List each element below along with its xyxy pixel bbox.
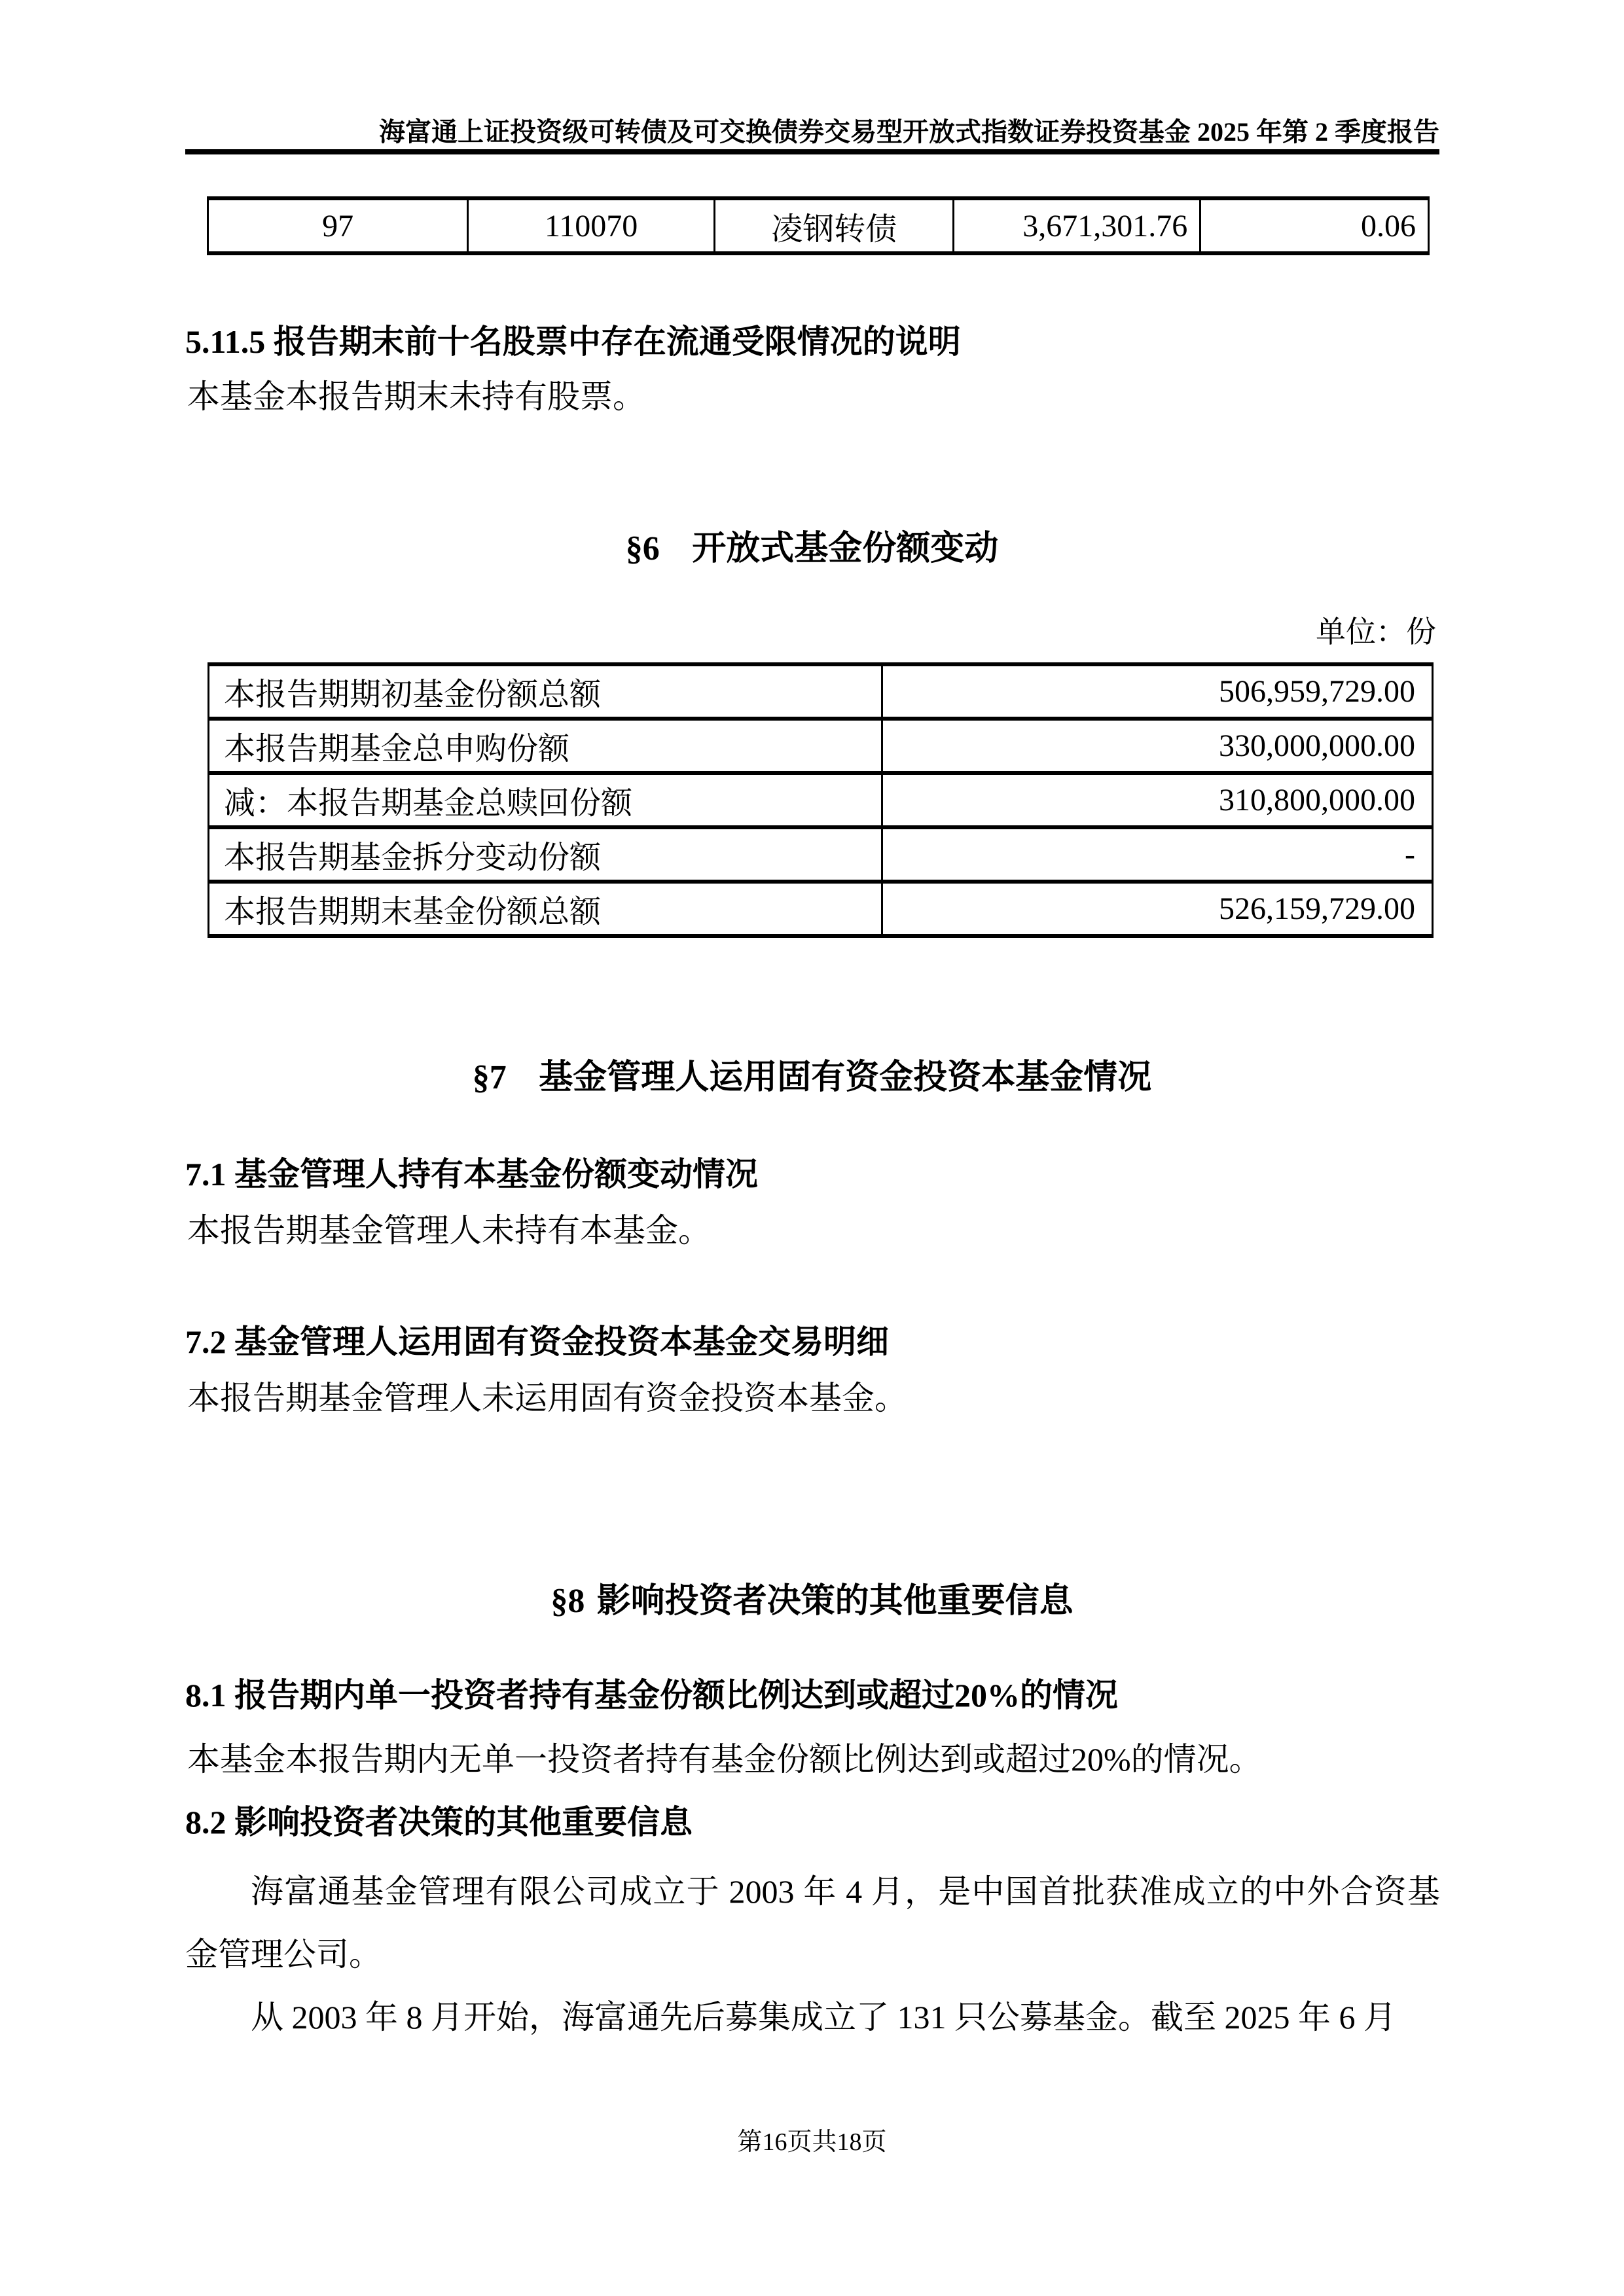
share-row-value: 526,159,729.00 <box>882 882 1433 936</box>
chapter-number-8: §8 <box>550 1583 585 1620</box>
table-row: 本报告期期末基金份额总额 526,159,729.00 <box>209 882 1433 936</box>
page-number-footer: 第16页共18页 <box>0 2127 1624 2157</box>
paragraph-funds-raised: 从 2003 年 8 月开始，海富通先后募集成立了 131 只公募基金。截至 2… <box>185 1986 1440 2049</box>
chapter-number-6: §6 <box>626 530 660 567</box>
page-header-rule <box>185 149 1439 154</box>
share-row-value: 506,959,729.00 <box>882 664 1433 719</box>
heading-8-1: 8.1 报告期内单一投资者持有基金份额比例达到或超过20%的情况 <box>185 1676 1118 1715</box>
share-row-value: - <box>882 827 1433 882</box>
chapter-heading-6: §6开放式基金份额变动 <box>0 529 1624 569</box>
page-header-title: 海富通上证投资级可转债及可交换债券交易型开放式指数证券投资基金 2025 年第 … <box>379 115 1439 149</box>
share-row-label: 本报告期期末基金份额总额 <box>209 882 882 936</box>
share-row-label: 本报告期期初基金份额总额 <box>209 664 882 719</box>
share-row-label: 本报告期基金拆分变动份额 <box>209 827 882 882</box>
heading-7-2: 7.2 基金管理人运用固有资金投资本基金交易明细 <box>185 1322 889 1361</box>
bond-holdings-table-partial: 97 110070 凌钢转债 3,671,301.76 0.06 <box>207 196 1430 255</box>
bond-name-cell: 凌钢转债 <box>714 198 954 253</box>
body-7-2: 本报告期基金管理人未运用固有资金投资本基金。 <box>187 1378 907 1418</box>
bond-rank-cell: 97 <box>208 198 468 253</box>
paragraph-company-founded: 海富通基金管理有限公司成立于 2003 年 4 月，是中国首批获准成立的中外合资… <box>185 1860 1440 1986</box>
table-row: 减：本报告期基金总赎回份额 310,800,000.00 <box>209 773 1433 827</box>
body-5-11-5: 本基金本报告期末未持有股票。 <box>187 377 645 416</box>
heading-8-2: 8.2 影响投资者决策的其他重要信息 <box>185 1803 693 1842</box>
share-row-value: 310,800,000.00 <box>882 773 1433 827</box>
chapter-heading-8: §8影响投资者决策的其他重要信息 <box>0 1581 1624 1622</box>
table-row: 本报告期期初基金份额总额 506,959,729.00 <box>209 664 1433 719</box>
bond-nav-percent-cell: 0.06 <box>1200 198 1429 253</box>
bond-market-value-cell: 3,671,301.76 <box>954 198 1200 253</box>
body-7-1: 本报告期基金管理人未持有本基金。 <box>187 1211 711 1250</box>
bond-code-cell: 110070 <box>468 198 715 253</box>
chapter-number-7: §7 <box>473 1059 507 1096</box>
heading-5-11-5: 5.11.5 报告期末前十名股票中存在流通受限情况的说明 <box>185 322 961 361</box>
body-8-1: 本基金本报告期内无单一投资者持有基金份额比例达到或超过20%的情况。 <box>187 1740 1262 1779</box>
heading-7-1: 7.1 基金管理人持有本基金份额变动情况 <box>185 1155 758 1194</box>
share-row-label: 减：本报告期基金总赎回份额 <box>209 773 882 827</box>
section-8-2-paragraphs: 海富通基金管理有限公司成立于 2003 年 4 月，是中国首批获准成立的中外合资… <box>185 1860 1440 2049</box>
unit-note: 单位：份 <box>1316 614 1436 651</box>
bond-table-row: 97 110070 凌钢转债 3,671,301.76 0.06 <box>208 198 1429 253</box>
chapter-title-8: 影响投资者决策的其他重要信息 <box>597 1583 1074 1620</box>
share-row-value: 330,000,000.00 <box>882 719 1433 773</box>
chapter-heading-7: §7基金管理人运用固有资金投资本基金情况 <box>0 1058 1624 1098</box>
table-row: 本报告期基金拆分变动份额 - <box>209 827 1433 882</box>
fund-share-change-table: 本报告期期初基金份额总额 506,959,729.00 本报告期基金总申购份额 … <box>208 662 1434 938</box>
table-row: 本报告期基金总申购份额 330,000,000.00 <box>209 719 1433 773</box>
report-page: 海富通上证投资级可转债及可交换债券交易型开放式指数证券投资基金 2025 年第 … <box>0 0 1624 2296</box>
share-row-label: 本报告期基金总申购份额 <box>209 719 882 773</box>
chapter-title-7: 基金管理人运用固有资金投资本基金情况 <box>539 1059 1151 1096</box>
chapter-title-6: 开放式基金份额变动 <box>692 530 998 567</box>
